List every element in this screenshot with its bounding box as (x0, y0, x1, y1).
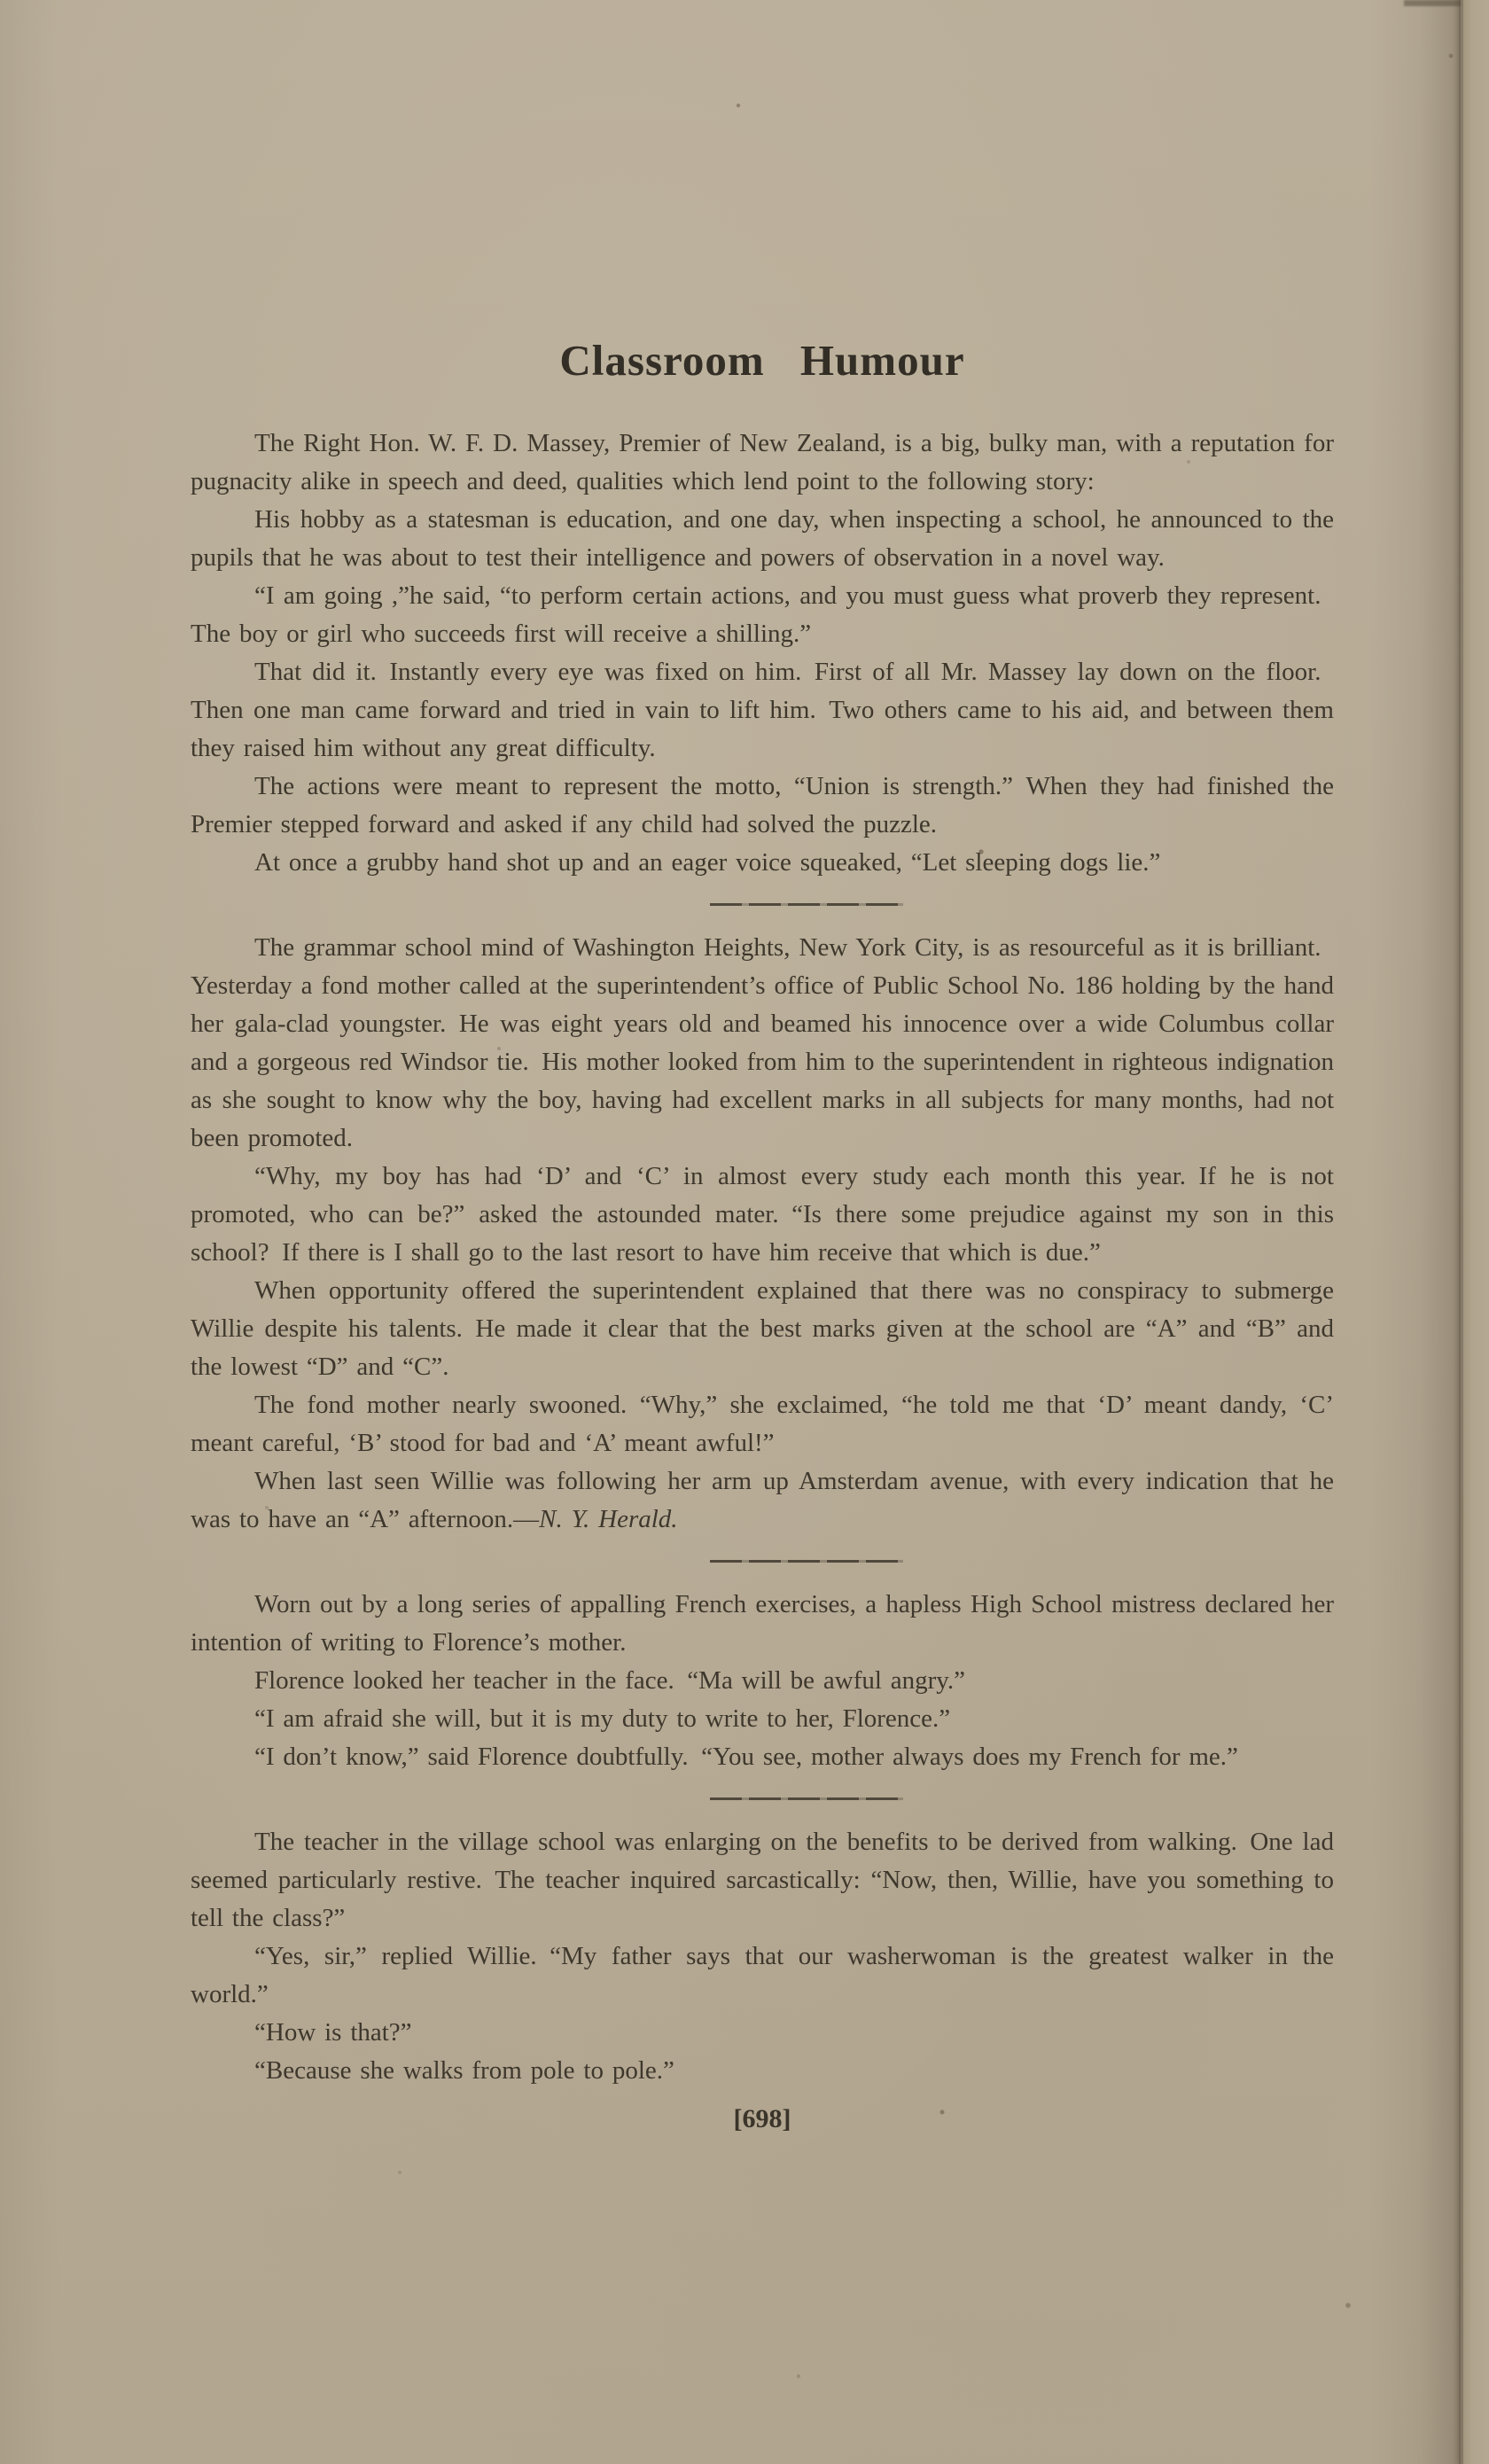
paragraph: The fond mother nearly swooned. “Why,” s… (191, 1386, 1334, 1462)
next-page-edge (1463, 0, 1489, 2464)
scanned-book-page: Classroom Humour The Right Hon. W. F. D.… (0, 0, 1489, 2464)
paragraph: When opportunity offered the superintend… (191, 1272, 1334, 1386)
story-section-willie-walking: The teacher in the village school was en… (191, 1823, 1334, 2090)
section-divider (710, 1797, 903, 1800)
story-section-willie-grades: The grammar school mind of Washington He… (191, 929, 1334, 1539)
page-title: Classroom Humour (191, 335, 1334, 386)
paragraph-text: When last seen Willie was following her … (191, 1467, 1334, 1533)
paragraph: When last seen Willie was following her … (191, 1462, 1334, 1539)
section-divider (710, 903, 903, 906)
paragraph: “Yes, sir,” replied Willie. “My father s… (191, 1938, 1334, 2014)
paragraph: At once a grubby hand shot up and an eag… (191, 844, 1334, 882)
page-number: [698] (191, 2104, 1334, 2134)
story-section-massey: The Right Hon. W. F. D. Massey, Premier … (191, 425, 1334, 882)
section-divider (710, 1560, 903, 1563)
paragraph: Florence looked her teacher in the face.… (191, 1662, 1334, 1700)
text-column: Classroom Humour The Right Hon. W. F. D.… (191, 335, 1334, 2134)
paragraph: Worn out by a long series of appalling F… (191, 1586, 1334, 1662)
page-fold-shadow (1369, 0, 1461, 2464)
paragraph: His hobby as a statesman is education, a… (191, 501, 1334, 577)
paragraph: “How is that?” (191, 2014, 1334, 2052)
paper-specks (0, 0, 2, 2)
story-section-florence-french: Worn out by a long series of appalling F… (191, 1586, 1334, 1776)
paragraph: The actions were meant to represent the … (191, 768, 1334, 844)
paragraph: That did it. Instantly every eye was fix… (191, 653, 1334, 768)
binding-gap-shadow (1404, 0, 1461, 6)
paragraph: “I don’t know,” said Florence doubtfully… (191, 1738, 1334, 1776)
paragraph: The grammar school mind of Washington He… (191, 929, 1334, 1158)
paragraph: “I am afraid she will, but it is my duty… (191, 1700, 1334, 1738)
paragraph: The Right Hon. W. F. D. Massey, Premier … (191, 425, 1334, 501)
paragraph: The teacher in the village school was en… (191, 1823, 1334, 1938)
paragraph: “I am going ,”he said, “to perform certa… (191, 577, 1334, 653)
source-attribution: N. Y. Herald. (539, 1505, 677, 1533)
paragraph: “Why, my boy has had ‘D’ and ‘C’ in almo… (191, 1158, 1334, 1272)
paragraph: “Because she walks from pole to pole.” (191, 2052, 1334, 2090)
